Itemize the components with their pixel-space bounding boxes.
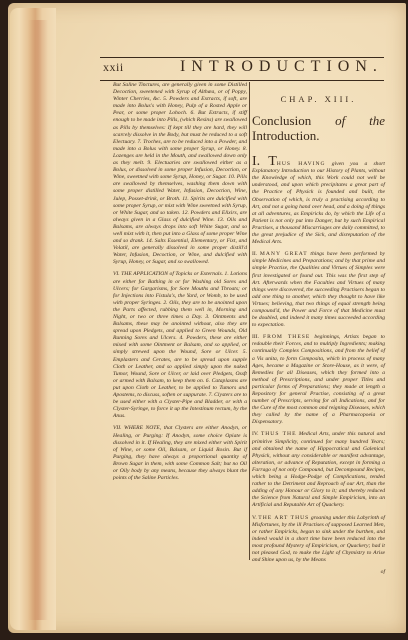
right-column: CHAP. XIII. Conclusion of the Introducti…	[252, 82, 385, 576]
paragraph: III. FROM THESE beginnings, Artists bega…	[252, 334, 385, 426]
paragraph: VII. WHERE NOTE, that Clysters are eithe…	[113, 425, 247, 482]
paragraph-text: beginnings, Artists began to redouble th…	[252, 334, 385, 425]
chapter-title-prefix: Conclusion	[252, 113, 311, 128]
chapter-title-of: of the	[335, 113, 385, 128]
section-number: III.	[252, 334, 263, 340]
section-head: FROM THESE	[263, 334, 310, 340]
section-number: II.	[252, 251, 260, 257]
paragraph: VI. THE APPLICATION of Topicks or Extern…	[113, 271, 247, 420]
left-column: But Saline Tinctures, are generally give…	[113, 82, 247, 487]
catchword: of	[252, 569, 385, 576]
drop-cap: I. T	[252, 154, 277, 169]
paragraph-text: groaning under this Labyrinth of Misfort…	[252, 515, 385, 564]
chapter-title: Conclusion of the Introduction.	[252, 113, 385, 143]
paragraph-text: things have been performed by simple Med…	[252, 251, 385, 328]
page-header: xxii INTRODUCTION.	[100, 57, 384, 81]
chapter-title-suffix: Introduction.	[252, 128, 320, 143]
chapter-label: CHAP. XIII.	[252, 96, 385, 103]
binding-stain	[28, 20, 48, 620]
section-head: THE ART THUS	[258, 515, 309, 521]
section-head: MANY GREAT	[260, 251, 308, 257]
section-number: IV.	[252, 431, 261, 437]
section-head: HUS HAVING	[277, 161, 326, 167]
running-title: INTRODUCTION.	[180, 58, 383, 76]
paragraph: IV. THUS THE Medical Arts, under this na…	[252, 431, 385, 509]
column-divider	[249, 82, 250, 560]
paragraph-text: Medical Arts, under this natural and pri…	[252, 431, 385, 508]
section-head: THUS THE	[261, 431, 297, 437]
paragraph: I. THUS HAVING given you a short Explana…	[252, 157, 385, 246]
paragraph: II. MANY GREAT things have been performe…	[252, 251, 385, 329]
page-number: xxii	[103, 60, 124, 75]
paragraph: V. THE ART THUS groaning under this Laby…	[252, 515, 385, 565]
paragraph: But Saline Tinctures, are generally give…	[113, 82, 247, 266]
paragraph-text: given you a short Explanatory Introducti…	[252, 161, 385, 245]
